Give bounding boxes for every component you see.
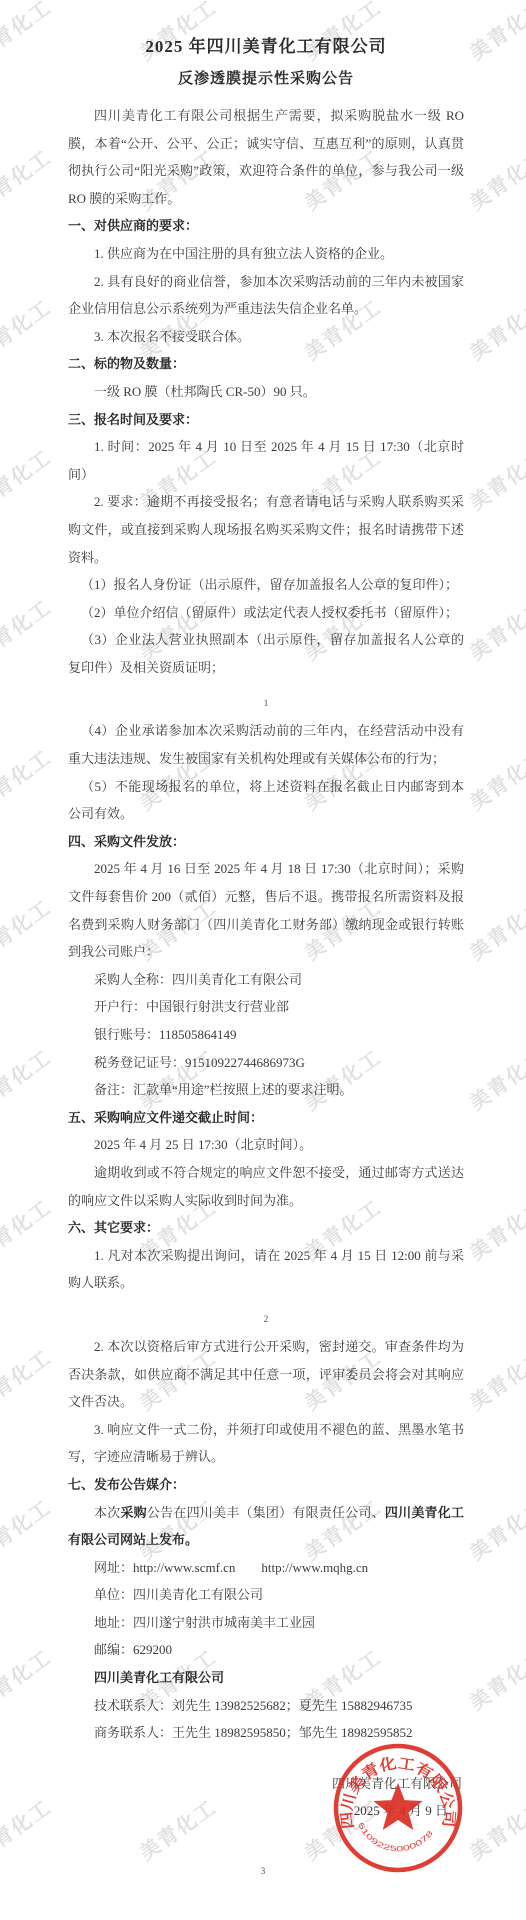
paragraph: 2. 要求：逾期不再接受报名；有意者请电话与采购人联系购买采购文件，或直接到采购…	[68, 488, 464, 571]
paragraph: 地址：四川遂宁射洪市城南美丰工业园	[68, 1609, 464, 1637]
section-heading: 四、采购文件发放：	[68, 828, 464, 856]
paragraph: 3. 响应文件一式二份，并须打印或使用不褪色的蓝、黑墨水笔书写，字迹应清晰易于辨…	[68, 1416, 464, 1471]
paragraph: 1. 供应商为在中国注册的具有独立法人资格的企业。	[68, 240, 464, 268]
document-content: 2025 年四川美青化工有限公司 反渗透膜提示性采购公告 四川美青化工有限公司根…	[0, 0, 526, 1825]
text-run: 公告在四川美丰（集团）有限责任公司、	[147, 1505, 385, 1520]
text-run: 本次	[94, 1505, 120, 1520]
page-number-footer: 3	[0, 1866, 526, 1876]
seal-star-icon	[373, 1783, 422, 1830]
paragraph: 2. 本次以资格后审方式进行公开采购，密封递交。审查条件均为否决条款，如供应商不…	[68, 1333, 464, 1416]
paragraph: 银行账号：118505864149	[68, 1021, 464, 1049]
section-heading: 一、对供应商的要求：	[68, 212, 464, 240]
seal-code-text: 5109225000078	[356, 1821, 435, 1853]
paragraph: （4）企业承诺参加本次采购活动前的三年内，在经营活动中没有重大违法违规、发生被国…	[68, 717, 464, 772]
paragraph: 2. 具有良好的商业信誉，参加本次采购活动前的三年内未被国家企业信用信息公示系统…	[68, 268, 464, 323]
section-heading: 七、发布公告媒介：	[68, 1471, 464, 1499]
paragraph: 1. 凡对本次采购提出询问，请在 2025 年 4 月 15 日 12:00 前…	[68, 1242, 464, 1297]
paragraph: （1）报名人身份证（出示原件，留存加盖报名人公章的复印件）；	[68, 571, 464, 599]
paragraph: 2025 年 4 月 25 日 17:30（北京时间）。	[68, 1131, 464, 1159]
paragraph: 逾期收到或不符合规定的响应文件恕不接受，通过邮寄方式送达的响应文件以采购人实际收…	[68, 1159, 464, 1214]
paragraph: 四川美青化工有限公司	[68, 1664, 464, 1692]
paragraph: 单位：四川美青化工有限公司	[68, 1581, 464, 1609]
doc-body: 四川美青化工有限公司根据生产需要，拟采购脱盐水一级 RO 膜，本着“公开、公平、…	[68, 102, 464, 1747]
seal-graphics: 四川美青化工有限公司 5109225000078	[336, 1746, 460, 1870]
paragraph: 邮编：629200	[68, 1636, 464, 1664]
paragraph: （2）单位介绍信（留原件）或法定代表人授权委托书（留原件）；	[68, 599, 464, 627]
paragraph: 技术联系人：刘先生 13982525682；夏先生 15882946735	[68, 1692, 464, 1720]
paragraph: 网址：http://www.scmf.cn http://www.mqhg.cn	[68, 1554, 464, 1582]
paragraph: （3）企业法人营业执照副本（出示原件，留存加盖报名人公章的复印件）及相关资质证明…	[68, 626, 464, 681]
section-heading: 三、报名时间及要求：	[68, 406, 464, 434]
paragraph: 采购人全称：四川美青化工有限公司	[68, 966, 464, 994]
paragraph: 四川美青化工有限公司根据生产需要，拟采购脱盐水一级 RO 膜，本着“公开、公平、…	[68, 102, 464, 212]
page-number: 1	[68, 698, 464, 708]
svg-text:5109225000078: 5109225000078	[356, 1821, 435, 1853]
paragraph: （5）不能现场报名的单位，将上述资料在报名截止日内邮寄到本公司有效。	[68, 773, 464, 828]
page-number: 2	[68, 1314, 464, 1324]
section-heading: 五、采购响应文件递交截止时间：	[68, 1104, 464, 1132]
section-heading: 六、其它要求：	[68, 1214, 464, 1242]
paragraph: 税务登记证号：91510922744686973G	[68, 1049, 464, 1077]
paragraph: 备注：汇款单“用途”栏按照上述的要求注明。	[68, 1076, 464, 1104]
paragraph: 一级 RO 膜（杜邦陶氏 CR-50）90 只。	[68, 378, 464, 406]
signature-block: 四川美青化工有限公司 2025 年 4 月 9 日 四川美青化工有限公司 510…	[68, 1770, 464, 1825]
paragraph: 2025 年 4 月 16 日至 2025 年 4 月 18 日 17:30（北…	[68, 855, 464, 965]
paragraph: 本次采购公告在四川美丰（集团）有限责任公司、四川美青化工有限公司网站上发布。	[68, 1499, 464, 1554]
section-heading: 二、标的物及数量：	[68, 350, 464, 378]
paragraph: 3. 本次报名不接受联合体。	[68, 323, 464, 351]
company-seal-stamp: 四川美青化工有限公司 5109225000078	[328, 1738, 468, 1878]
doc-title: 2025 年四川美青化工有限公司	[68, 34, 464, 60]
paragraph: 1. 时间：2025 年 4 月 10 日至 2025 年 4 月 15 日 1…	[68, 433, 464, 488]
paragraph: 开户行：中国银行射洪支行营业部	[68, 993, 464, 1021]
text-run: 采购	[120, 1505, 146, 1520]
doc-subtitle: 反渗透膜提示性采购公告	[68, 68, 464, 90]
document-page: 美青化工美青化工美青化工美青化工美青化工美青化工美青化工美青化工美青化工美青化工…	[0, 0, 526, 1920]
